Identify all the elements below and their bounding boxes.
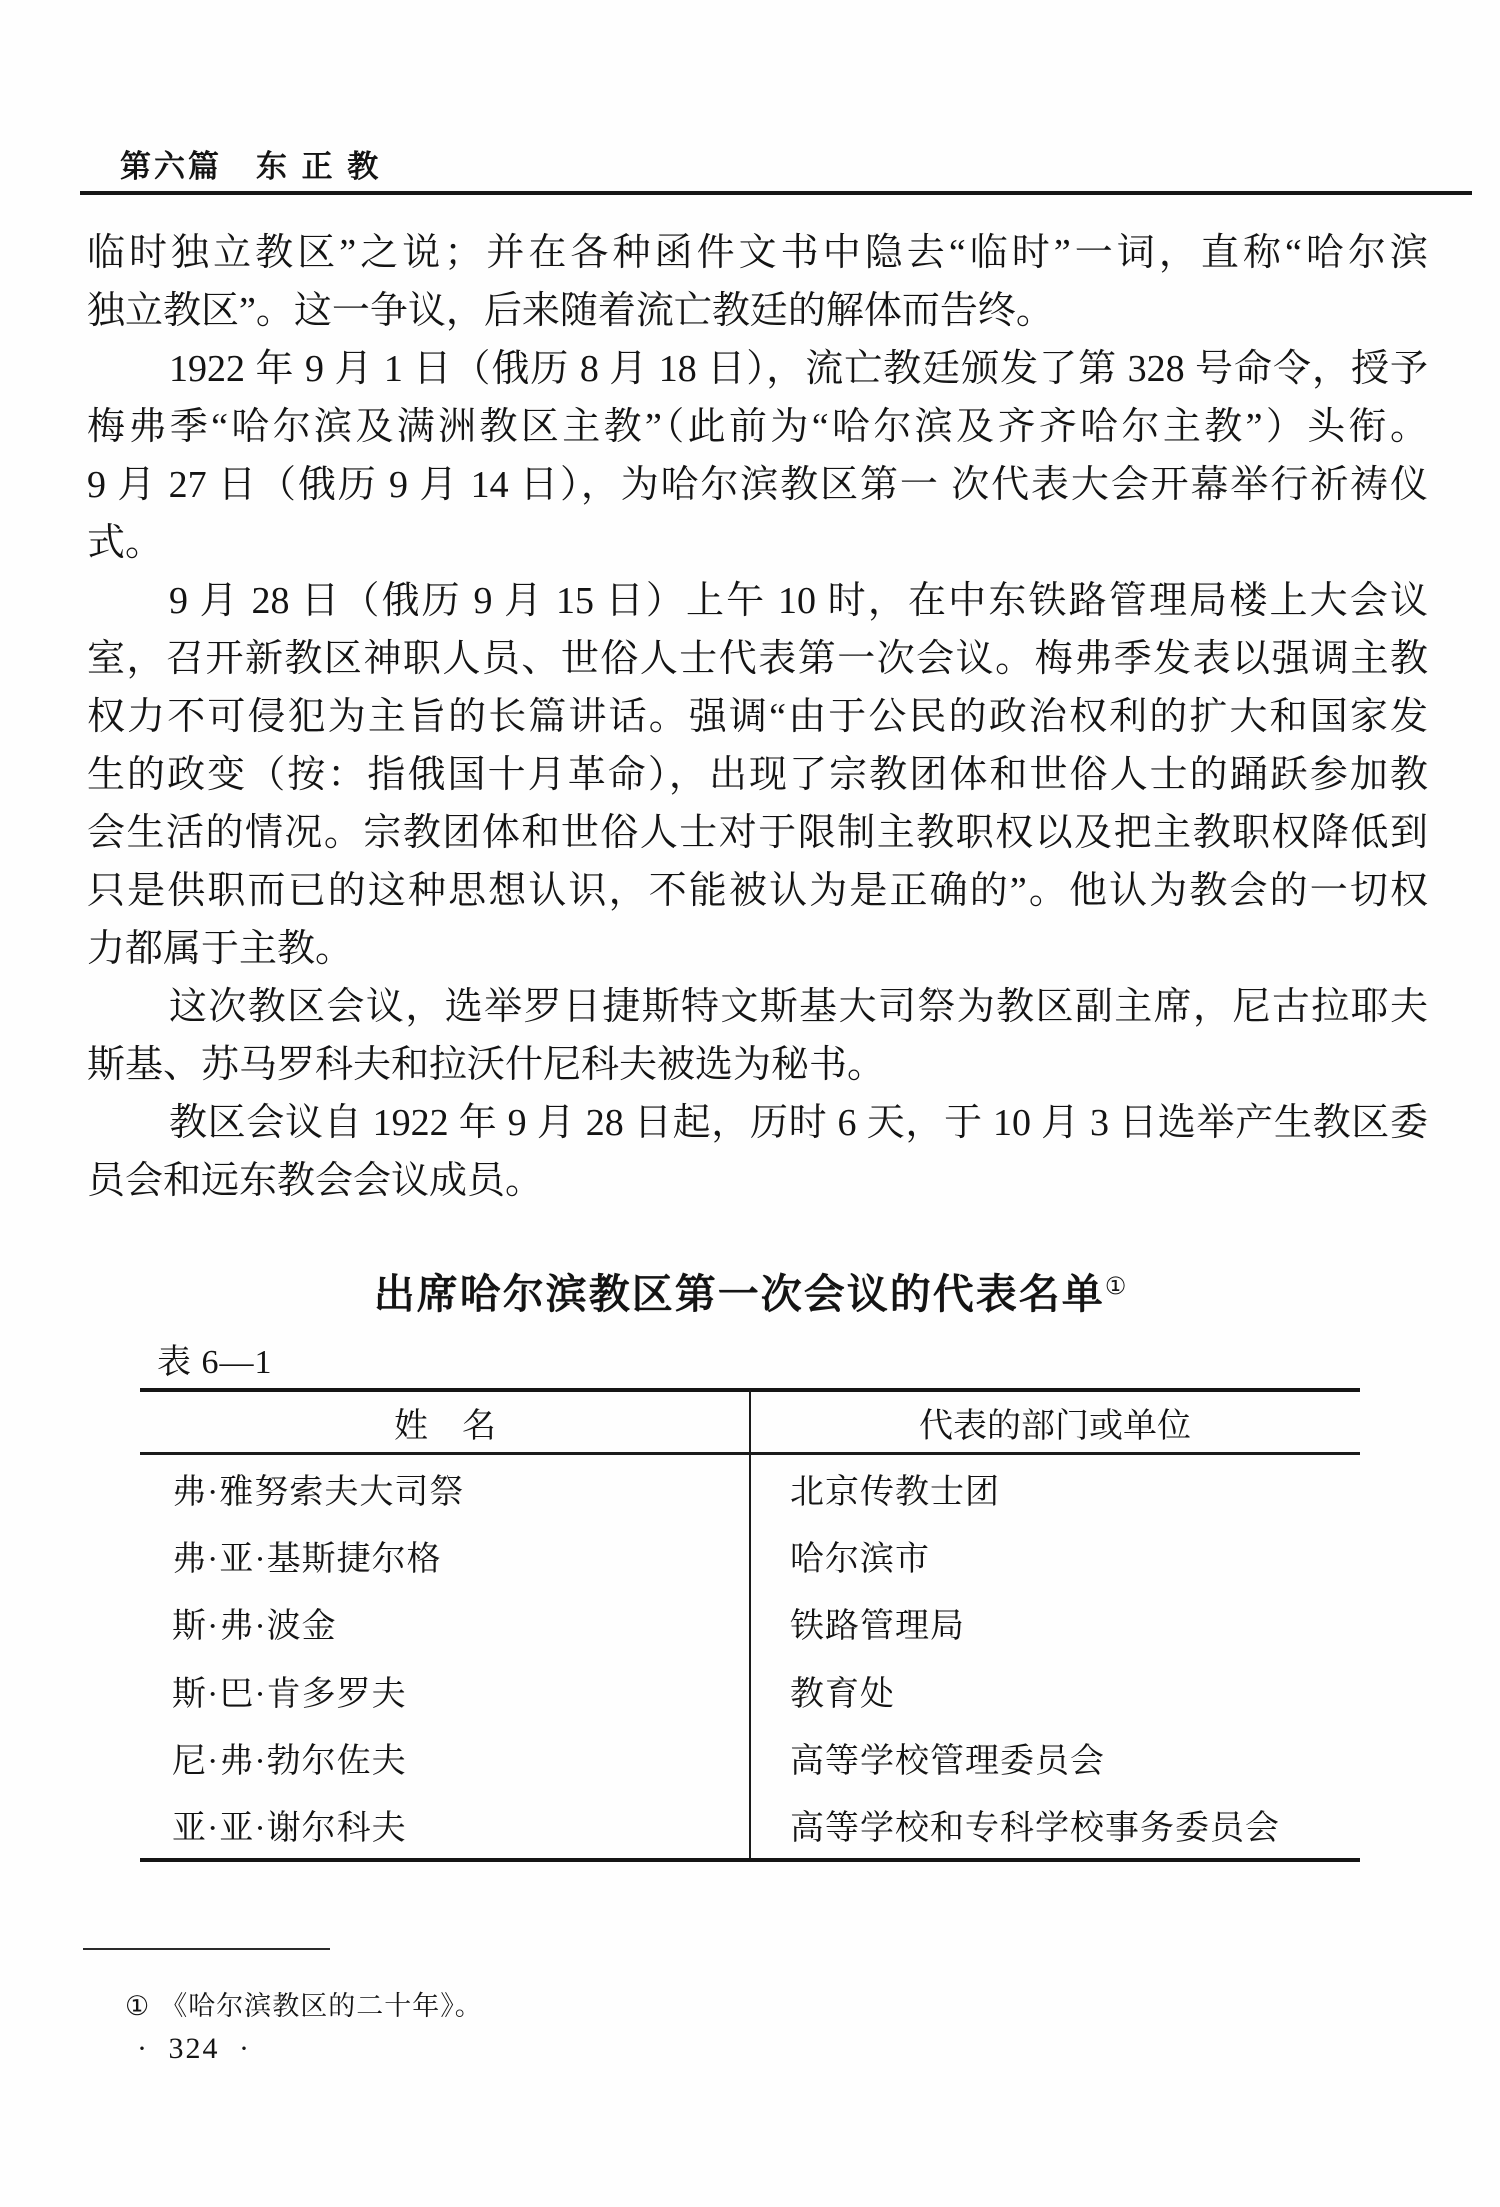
body-line: 教区会议自 1922 年 9 月 28 日起，历时 6 天，于 10 月 3 日… <box>87 1094 1428 1152</box>
body-line: 临时独立教区”之说；并在各种函件文书中隐去“临时”一词，直称“哈尔滨 <box>87 224 1428 282</box>
name-cell: 尼·弗·勃尔佐夫 <box>140 1724 750 1791</box>
header-rule <box>80 191 1472 195</box>
body-line: 式。 <box>87 514 1428 572</box>
dept-cell: 高等学校管理委员会 <box>750 1724 1360 1791</box>
body-line: 只是供职而已的这种思想认识，不能被认为是正确的”。他认为教会的一切权 <box>87 862 1428 920</box>
body-line: 这次教区会议，选举罗日捷斯特文斯基大司祭为教区副主席，尼古拉耶夫 <box>87 978 1428 1036</box>
table-title: 出席哈尔滨教区第一次会议的代表名单① <box>0 1272 1500 1317</box>
body-line: 权力不可侵犯为主旨的长篇讲话。强调“由于公民的政治权利的扩大和国家发 <box>87 688 1428 746</box>
footnote-separator <box>83 1948 330 1950</box>
dept-cell: 高等学校和专科学校事务委员会 <box>750 1791 1360 1858</box>
page-number: · 324 · <box>137 2032 251 2066</box>
body-line: 会生活的情况。宗教团体和世俗人士对于限制主教职权以及把主教职权降低到 <box>87 804 1428 862</box>
name-cell: 弗·雅努索夫大司祭 <box>140 1455 750 1522</box>
footnote-text: 《哈尔滨教区的二十年》。 <box>160 1991 483 2021</box>
name-cell: 斯·弗·波金 <box>140 1589 750 1656</box>
name-cell: 亚·亚·谢尔科夫 <box>140 1791 750 1858</box>
name-cell: 斯·巴·肯多罗夫 <box>140 1657 750 1724</box>
body-line: 梅弗季“哈尔滨及满洲教区主教”（此前为“哈尔滨及齐齐哈尔主教”）头衔。 <box>87 398 1428 456</box>
body-line: 员会和远东教会会议成员。 <box>87 1152 1428 1210</box>
footnote-mark: ① <box>125 1991 150 2021</box>
book-page: 第六篇 东 正 教 临时独立教区”之说；并在各种函件文书中隐去“临时”一词，直称… <box>0 0 1500 2207</box>
body-line: 生的政变（按：指俄国十月革命），出现了宗教团体和世俗人士的踊跃参加教 <box>87 746 1428 804</box>
body-line: 9 月 27 日（俄历 9 月 14 日），为哈尔滨教区第一 次代表大会开幕举行… <box>87 456 1428 514</box>
body-line: 9 月 28 日（俄历 9 月 15 日）上午 10 时，在中东铁路管理局楼上大… <box>87 572 1428 630</box>
footnote: ①《哈尔滨教区的二十年》。 <box>125 1984 483 2023</box>
table-header-dept: 代表的部门或单位 <box>750 1392 1360 1452</box>
table-column-divider <box>749 1390 751 1860</box>
name-cell: 弗·亚·基斯捷尔格 <box>140 1522 750 1589</box>
dept-cell: 北京传教士团 <box>750 1455 1360 1522</box>
body-text: 临时独立教区”之说；并在各种函件文书中隐去“临时”一词，直称“哈尔滨 独立教区”… <box>87 224 1428 1210</box>
body-line: 斯基、苏马罗科夫和拉沃什尼科夫被选为秘书。 <box>87 1036 1428 1094</box>
body-line: 独立教区”。这一争议，后来随着流亡教廷的解体而告终。 <box>87 282 1428 340</box>
running-header: 第六篇 东 正 教 <box>120 141 381 186</box>
dept-cell: 教育处 <box>750 1657 1360 1724</box>
dept-cell: 哈尔滨市 <box>750 1522 1360 1589</box>
body-line: 室，召开新教区神职人员、世俗人士代表第一次会议。梅弗季发表以强调主教 <box>87 630 1428 688</box>
delegates-table: 姓 名 代表的部门或单位 弗·雅努索夫大司祭 北京传教士团 弗·亚·基斯捷尔格 … <box>140 1388 1360 1862</box>
table-bottom-border <box>140 1858 1360 1862</box>
table-label: 表 6—1 <box>157 1334 273 1383</box>
table-title-text: 出席哈尔滨教区第一次会议的代表名单 <box>374 1271 1105 1317</box>
table-header-name: 姓 名 <box>140 1392 750 1452</box>
body-line: 1922 年 9 月 1 日（俄历 8 月 18 日），流亡教廷颁发了第 328… <box>87 340 1428 398</box>
dept-cell: 铁路管理局 <box>750 1589 1360 1656</box>
title-footnote-mark: ① <box>1105 1273 1127 1300</box>
body-line: 力都属于主教。 <box>87 920 1428 978</box>
